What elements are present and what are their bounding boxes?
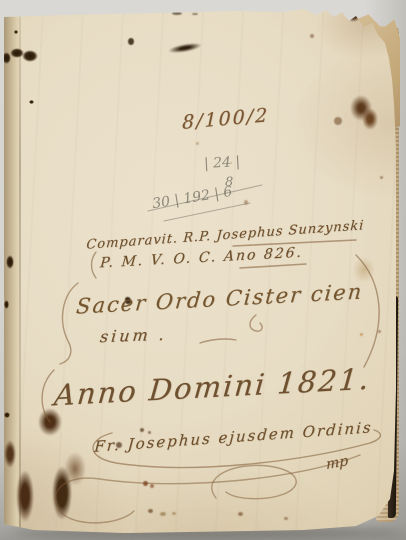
photo-of-manuscript: 8/100/2 | 24 | 8 30 | 192 | 6 Comparavit… <box>0 0 406 540</box>
worm-hole <box>22 50 38 62</box>
ink-stain <box>350 95 372 121</box>
ink-stain <box>150 484 154 488</box>
ink-stain <box>38 408 62 436</box>
ink-stain <box>334 117 342 125</box>
ink-stain <box>172 512 176 515</box>
pencil-calculation-top: | 24 | <box>204 154 241 172</box>
ink-stain <box>140 428 144 432</box>
signature-mp: mp <box>326 453 348 473</box>
ink-stain <box>284 517 288 520</box>
ink-stain <box>238 512 243 516</box>
ink-stain <box>192 13 198 15</box>
ink-stain <box>143 481 148 486</box>
order-inscription-line2: sium . <box>99 325 168 346</box>
manuscript-page: 8/100/2 | 24 | 8 30 | 192 | 6 Comparavit… <box>4 9 396 533</box>
ink-stain <box>378 330 381 333</box>
shelf-mark-inscription: 8/100/2 <box>182 104 269 134</box>
ink-stain <box>148 509 153 513</box>
ink-stain <box>362 108 378 130</box>
worm-hole <box>29 100 34 104</box>
pencil-calculation-bottom: 30 | 192 | 6 <box>151 184 233 212</box>
signature-inscription: Fr. Josephus ejusdem Ordinis <box>94 418 373 456</box>
ink-stain <box>360 333 363 336</box>
order-inscription-line1: Sacer Ordo Cister cien <box>75 279 364 318</box>
ink-stain <box>160 512 166 516</box>
ink-stain <box>310 34 314 38</box>
ink-stain <box>168 41 203 55</box>
ink-stain <box>64 452 86 486</box>
ink-stain <box>380 176 383 179</box>
ink-stain <box>244 200 248 205</box>
ink-stain <box>128 38 134 45</box>
ownership-inscription-line1: Comparavit. R.P. Josephus Sunzynski <box>86 218 365 253</box>
ink-stain <box>196 142 199 145</box>
fold-line <box>19 9 21 533</box>
ink-stain <box>52 466 72 520</box>
year-inscription: Anno Domini 1821. <box>53 362 372 413</box>
